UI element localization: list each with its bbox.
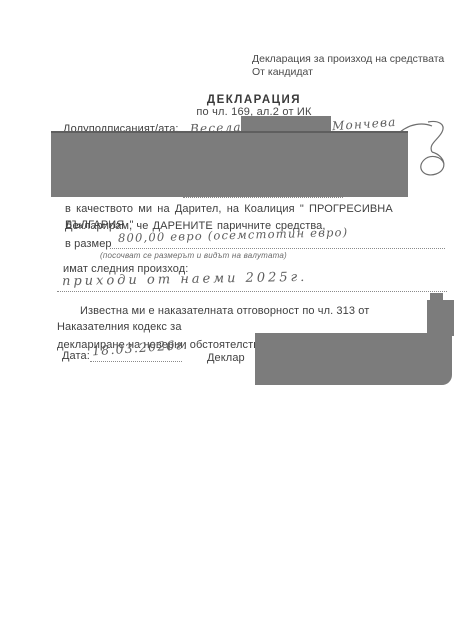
document-type-line2: От кандидат	[252, 66, 452, 79]
amount-hint: (посочват се размерът и видът на валутат…	[100, 251, 287, 260]
document-type-line1: Декларация за произход на средствата	[252, 53, 452, 66]
dotted-line	[183, 190, 343, 198]
scanned-declaration-document: Декларация за произход на средствата От …	[0, 0, 456, 628]
declarant-label: Деклар	[207, 350, 245, 366]
liability-line1: Известна ми е наказателната отговорност …	[57, 303, 433, 335]
redaction-box	[255, 333, 452, 385]
date-label: Дата:	[62, 348, 90, 364]
redaction-box	[427, 300, 454, 336]
amount-label: в размер	[65, 236, 112, 252]
redaction-box	[51, 131, 408, 197]
document-type-note: Декларация за произход на средствата От …	[252, 53, 452, 79]
document-title: ДЕКЛАРАЦИЯ	[144, 94, 364, 106]
